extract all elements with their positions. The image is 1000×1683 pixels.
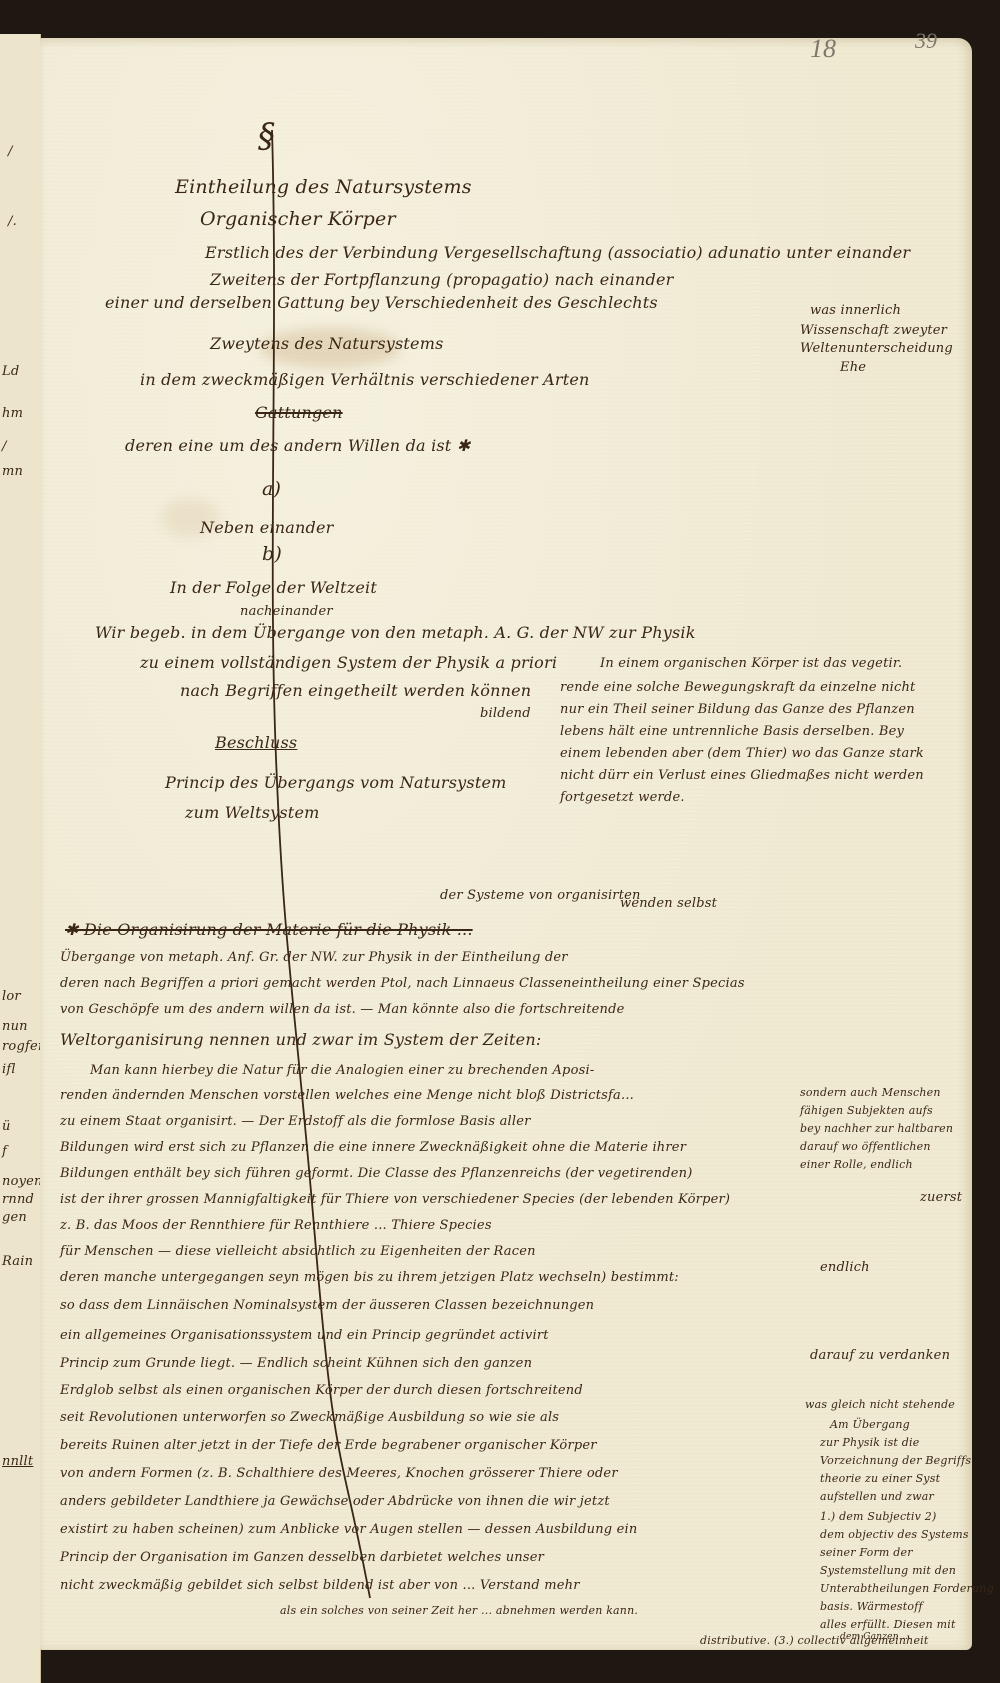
right-note-line: fähigen Subjekten aufs <box>800 1104 933 1117</box>
lower-line: deren nach Begriffen a priori gemacht we… <box>60 976 745 991</box>
right-note-line: Systemstellung mit den <box>820 1564 956 1577</box>
previous-page-edge: / /. Ld hm / mn lor nun rogfen ifl ü f n… <box>0 34 41 1683</box>
margin-fragment: noyen <box>2 1174 43 1189</box>
interlinear-note: der Systeme von organisirten <box>440 888 641 903</box>
lower-line: Princip zum Grunde liegt. — Endlich sche… <box>60 1356 532 1371</box>
right-note-line: theorie zu einer Syst <box>820 1472 940 1485</box>
side-paragraph-line: In einem organischen Körper ist das vege… <box>600 656 902 671</box>
lower-line: so dass dem Linnäischen Nominalsystem de… <box>60 1298 594 1313</box>
right-note-line: was gleich nicht stehende <box>805 1398 955 1411</box>
main-line: in dem zweckmäßigen Verhältnis verschied… <box>140 370 590 389</box>
lower-line: seit Revolutionen unterworfen so Zweckmä… <box>60 1410 559 1425</box>
margin-fragment: hm <box>2 406 23 421</box>
side-paragraph-line: einem lebenden aber (dem Thier) wo das G… <box>560 746 924 761</box>
lower-line: deren manche untergegangen seyn mögen bi… <box>60 1270 679 1285</box>
right-note-line: Am Übergang <box>830 1418 910 1431</box>
lower-line: Princip der Organisation im Ganzen desse… <box>60 1550 544 1565</box>
main-line: einer und derselben Gattung bey Verschie… <box>105 293 658 312</box>
right-note-line: sondern auch Menschen <box>800 1086 941 1099</box>
lower-line: z. B. das Moos der Rennthiere für Rennth… <box>60 1218 492 1233</box>
section-mark: § <box>258 116 275 156</box>
side-paragraph-line: fortgesetzt werde. <box>560 790 685 805</box>
right-note-line: zuerst <box>920 1190 962 1205</box>
main-line: Organischer Körper <box>200 208 396 230</box>
margin-fragment: nnllt <box>2 1454 33 1469</box>
main-line: deren eine um des andern Willen da ist ✱ <box>125 436 470 455</box>
right-note-line: Unterabtheilungen Forderung <box>820 1582 994 1595</box>
lower-line: Bildungen enthält bey sich führen geform… <box>60 1166 692 1181</box>
right-note-line: aufstellen und zwar <box>820 1490 934 1503</box>
margin-fragment: mn <box>2 464 23 479</box>
lower-line: Weltorganisirung nennen und zwar im Syst… <box>60 1030 541 1049</box>
margin-fragment: / <box>8 144 13 159</box>
list-marker-a: a) <box>262 478 281 500</box>
main-line: zum Weltsystem <box>185 803 319 822</box>
margin-fragment: /. <box>8 214 17 229</box>
side-paragraph-line: nicht dürr ein Verlust eines Gliedmaßes … <box>560 768 924 783</box>
right-note-line: basis. Wärmestoff <box>820 1600 923 1613</box>
lower-line: ein allgemeines Organisationssystem und … <box>60 1328 549 1343</box>
right-note-line: Vorzeichnung der Begriffs <box>820 1454 971 1467</box>
margin-fragment: ifl <box>2 1062 16 1077</box>
main-line: zu einem vollständigen System der Physik… <box>140 653 557 672</box>
lower-line: Erdglob selbst als einen organischen Kör… <box>60 1383 583 1398</box>
side-paragraph-line: rende eine solche Bewegungskraft da einz… <box>560 680 915 695</box>
lower-line: renden ändernden Menschen vorstellen wel… <box>60 1088 634 1103</box>
lower-line: von Geschöpfe um des andern willen da is… <box>60 1002 625 1017</box>
margin-fragment: nun <box>2 1019 28 1034</box>
lower-line: nicht zweckmäßig gebildet sich selbst bi… <box>60 1578 580 1593</box>
right-note-line: seiner Form der <box>820 1546 913 1559</box>
right-note-line: zur Physik ist die <box>820 1436 919 1449</box>
margin-fragment: Ld <box>2 364 19 379</box>
main-line: Neben einander <box>200 518 333 537</box>
margin-fragment: lor <box>2 989 21 1004</box>
main-line: Zweytens des Natursystems <box>210 334 444 353</box>
right-note-line: 1.) dem Subjectiv 2) <box>820 1510 936 1523</box>
main-line: Wir begeb. in dem Übergange von den meta… <box>95 623 696 642</box>
lower-line: Bildungen wird erst sich zu Pflanzen die… <box>60 1140 686 1155</box>
right-note-line: distributive. (3.) collectiv allgemeinhe… <box>700 1634 929 1647</box>
side-note-line: was innerlich <box>810 303 901 318</box>
right-note-line: einer Rolle, endlich <box>800 1158 913 1171</box>
lower-line: von andern Formen (z. B. Schalthiere des… <box>60 1466 618 1481</box>
side-note-line: Weltenunterscheidung <box>800 341 953 356</box>
list-marker-b: b) <box>262 543 282 565</box>
lower-line: Übergange von metaph. Anf. Gr. der NW. z… <box>60 950 568 965</box>
heading-beschluss: Beschluss <box>215 733 297 752</box>
lower-line: zu einem Staat organisirt. — Der Erdstof… <box>60 1114 531 1129</box>
interlinear-note: nacheinander <box>240 604 333 619</box>
main-line: Zweitens der Fortpflanzung (propagatio) … <box>210 270 674 289</box>
main-line: Erstlich des der Verbindung Vergesellsch… <box>205 243 910 262</box>
side-note-line: Ehe <box>840 360 866 375</box>
right-note-line: dem objectiv des Systems <box>820 1528 969 1541</box>
margin-fragment: Rain <box>2 1254 33 1269</box>
lower-line: für Menschen — diese vielleicht absichtl… <box>60 1244 536 1259</box>
side-note-label: bildend <box>480 706 531 721</box>
lower-line: ist der ihrer grossen Mannigfaltigkeit f… <box>60 1192 730 1207</box>
margin-fragment: / <box>2 439 7 454</box>
manuscript-leaf: 18 39 § Eintheilung des Natursystems Org… <box>40 38 972 1650</box>
margin-fragment: gen <box>2 1210 27 1225</box>
lower-line: als ein solches von seiner Zeit her ... … <box>280 1604 638 1617</box>
interlinear-note: wenden selbst <box>620 896 717 911</box>
main-line: In der Folge der Weltzeit <box>170 578 377 597</box>
side-note-line: Wissenschaft zweyter <box>800 323 947 338</box>
margin-fragment: ü <box>2 1119 11 1134</box>
main-line: Eintheilung des Natursystems <box>175 176 472 198</box>
main-line: Princip des Übergangs vom Natursystem <box>165 773 507 792</box>
side-paragraph-line: nur ein Theil seiner Bildung das Ganze d… <box>560 702 915 717</box>
lower-line: bereits Ruinen alter jetzt in der Tiefe … <box>60 1438 597 1453</box>
side-paragraph-line: lebens hält eine untrennliche Basis ders… <box>560 724 904 739</box>
lower-line: anders gebildeter Landthiere ja Gewächse… <box>60 1494 610 1509</box>
right-note-line: alles erfüllt. Diesen mit <box>820 1618 956 1631</box>
lower-line: existirt zu haben scheinen) zum Anblicke… <box>60 1522 638 1537</box>
margin-fragment: f <box>2 1144 7 1159</box>
right-note-line: endlich <box>820 1260 870 1275</box>
right-note-line: bey nachher zur haltbaren <box>800 1122 953 1135</box>
main-line-struck: Gattungen <box>255 403 343 422</box>
lower-line: Man kann hierbey die Natur für die Analo… <box>90 1063 594 1078</box>
main-line: nach Begriffen eingetheilt werden können <box>180 681 531 700</box>
lower-line: ✱ Die Organisirung der Materie für die P… <box>65 920 473 939</box>
right-note-line: darauf zu verdanken <box>810 1348 950 1363</box>
right-note-line: darauf wo öffentlichen <box>800 1140 931 1153</box>
margin-fragment: rnnd <box>2 1192 34 1207</box>
